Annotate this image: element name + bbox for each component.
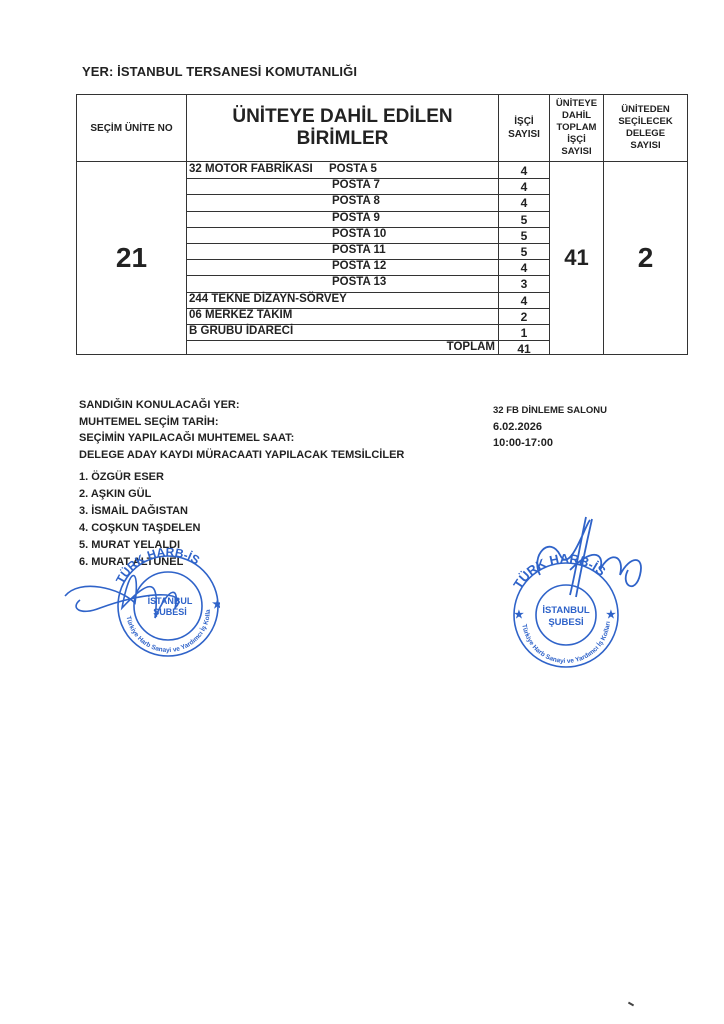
stamp-center-line2: ŞUBESİ (548, 617, 583, 628)
election-date-value: 6.02.2026 (493, 419, 607, 435)
svg-text:★: ★ (606, 609, 616, 621)
worker-count: 4 (501, 196, 547, 210)
election-unit-table: SEÇİM ÜNİTE NO ÜNİTEYE DAHİL EDİLEN BİRİ… (76, 94, 688, 355)
representative: 4. COŞKUN TAŞDELEN (79, 520, 200, 537)
worker-count: 1 (501, 326, 547, 340)
unit-number: 21 (77, 162, 186, 354)
header-total-workers: ÜNİTEYE DAHİL TOPLAM İŞÇİ SAYISI (550, 95, 603, 161)
svg-text:TÜRK HARB-İS: TÜRK HARB-İS (113, 548, 202, 586)
worker-count: 5 (501, 213, 547, 227)
unit-group-name: B GRUBU İDARECİ (189, 325, 293, 337)
union-stamp-left: TÜRK HARB-İS Türkiye Harb Sanayi ve Yard… (60, 548, 220, 658)
stamp-top-text: TÜRK HARB-İS (113, 548, 202, 586)
election-date-label: MUHTEMEL SEÇİM TARİH: (79, 414, 404, 431)
total-workers-value: 41 (550, 162, 603, 354)
worker-count: 4 (501, 164, 547, 178)
scan-mark (628, 1002, 634, 1007)
svg-text:★: ★ (212, 597, 220, 611)
election-info-values: 32 FB DİNLEME SALONU 6.02.2026 10:00-17:… (493, 403, 607, 451)
unit-post-name: POSTA 7 (332, 179, 380, 191)
stamp-center-line1: İSTANBUL (542, 605, 590, 616)
header-units: ÜNİTEYE DAHİL EDİLEN BİRİMLER (187, 95, 498, 161)
election-info-labels: SANDIĞIN KONULACAĞI YER: MUHTEMEL SEÇİM … (79, 397, 404, 463)
representative: 1. ÖZGÜR ESER (79, 469, 200, 486)
worker-count: 4 (501, 294, 547, 308)
delegate-count-value: 2 (604, 162, 687, 354)
header-delegates: ÜNİTEDEN SEÇİLECEK DELEGE SAYISI (604, 95, 687, 161)
representative: 3. İSMAİL DAĞISTAN (79, 503, 200, 520)
representatives-label: DELEGE ADAY KAYDI MÜRACAATI YAPILACAK TE… (79, 447, 404, 464)
worker-count: 4 (501, 180, 547, 194)
unit-post-name: POSTA 8 (332, 195, 380, 207)
unit-group-name: 244 TEKNE DİZAYN-SÖRVEY (189, 293, 347, 305)
election-time-label: SEÇİMİN YAPILACAĞI MUHTEMEL SAAT: (79, 430, 404, 447)
header-worker-count: İŞÇİ SAYISI (499, 95, 549, 161)
unit-post-name: POSTA 5 (329, 163, 377, 175)
worker-count: 5 (501, 245, 547, 259)
worker-count: 4 (501, 261, 547, 275)
unit-post-name: POSTA 12 (332, 260, 386, 272)
ballot-place-value: 32 FB DİNLEME SALONU (493, 403, 607, 419)
election-time-value: 10:00-17:00 (493, 435, 607, 451)
ballot-place-label: SANDIĞIN KONULACAĞI YER: (79, 397, 404, 414)
union-stamp-right: TÜRK HARB-İS Türkiye Harb Sanayi ve Yard… (500, 515, 660, 675)
worker-count: 5 (501, 229, 547, 243)
worker-count: 3 (501, 277, 547, 291)
worker-count: 2 (501, 310, 547, 324)
unit-post-name: POSTA 11 (332, 244, 386, 256)
representative: 2. AŞKIN GÜL (79, 486, 200, 503)
location-title: YER: İSTANBUL TERSANESİ KOMUTANLIĞI (82, 64, 357, 79)
unit-post-name: POSTA 13 (332, 276, 386, 288)
stamp-center-line1: İSTANBUL (148, 596, 193, 606)
total-value: 41 (501, 342, 547, 356)
total-label: TOPLAM (437, 341, 495, 353)
unit-post-name: POSTA 10 (332, 228, 386, 240)
svg-text:★: ★ (514, 609, 524, 621)
unit-group-name: 32 MOTOR FABRİKASI (189, 163, 313, 175)
unit-group-name: 06 MERKEZ TAKIM (189, 309, 292, 321)
header-unit-no: SEÇİM ÜNİTE NO (77, 95, 186, 161)
unit-post-name: POSTA 9 (332, 212, 380, 224)
